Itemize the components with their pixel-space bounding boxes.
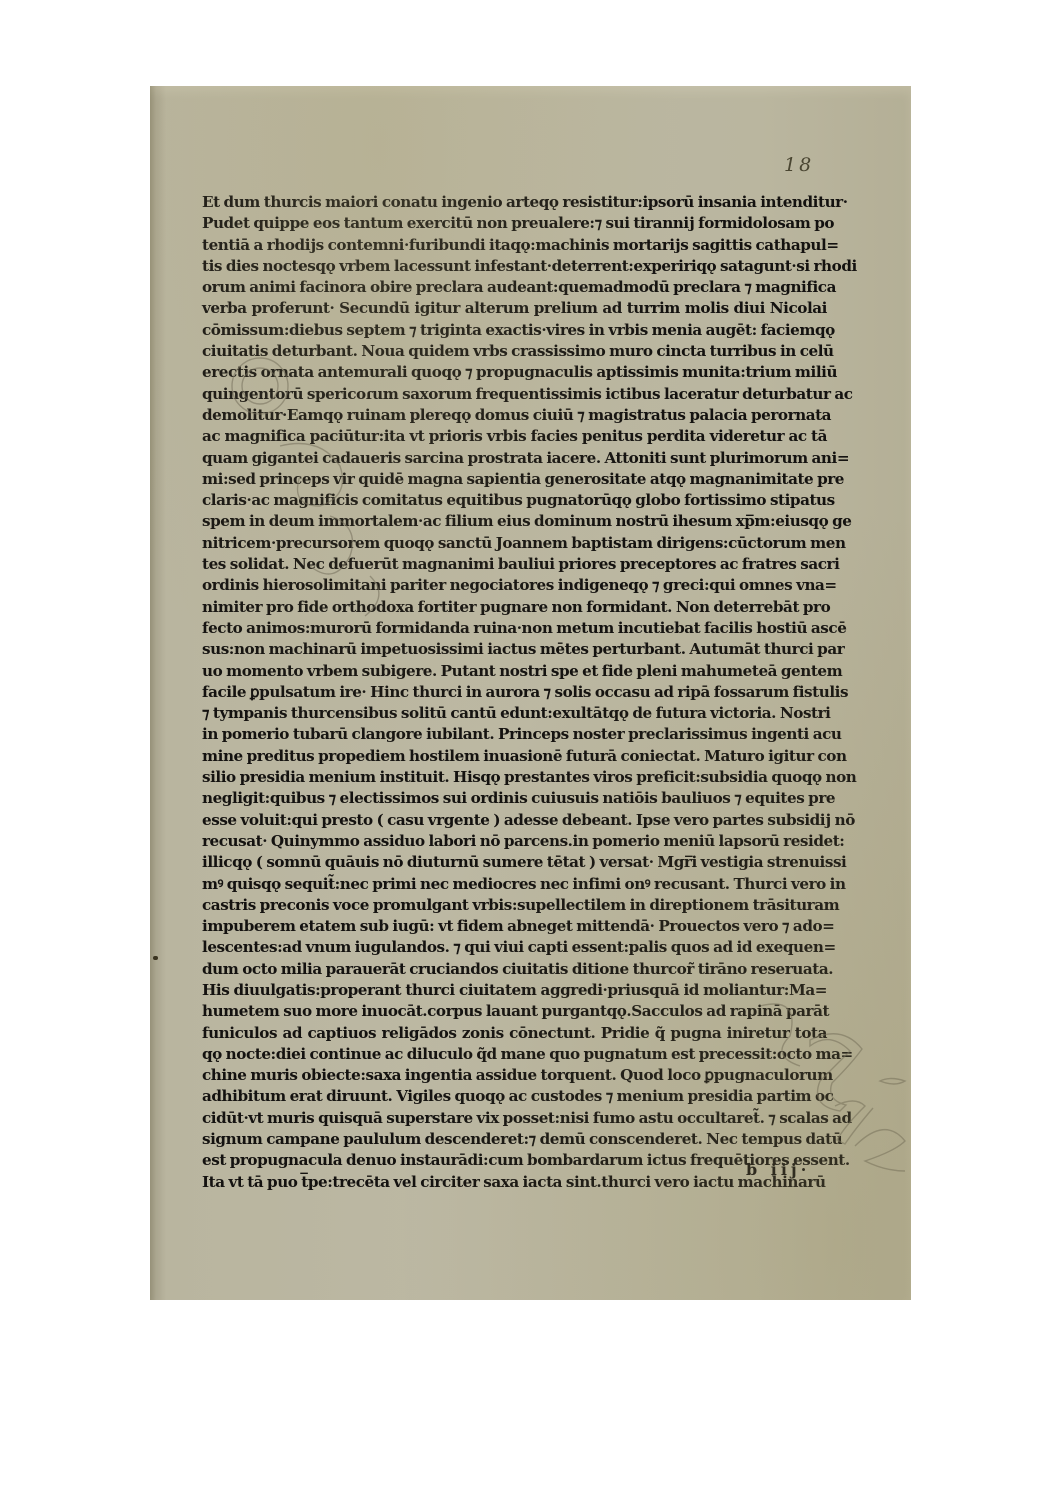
text-line: claris·ac magnificis comitatus equitibus… <box>202 490 827 511</box>
signature-mark: b iij· <box>746 1160 810 1179</box>
text-line: ⁊ tympanis thurcensibus solitū cantū edu… <box>202 703 827 724</box>
text-line: ordinis hierosolimitani pariter negociat… <box>202 575 827 596</box>
text-line: Ita vt tā puo t̅pe:trecēta vel circiter … <box>202 1172 827 1193</box>
text-line: negligit:quibus ⁊ electissimos sui ordin… <box>202 788 827 809</box>
text-line: mꝰ quisqǫ sequit̃:nec primi nec mediocre… <box>202 874 827 895</box>
text-line: mi:sed princeps vir quidē magna sapienti… <box>202 469 827 490</box>
text-line: in pomerio tubarū clangore iubilant. Pri… <box>202 724 827 745</box>
text-line: signum campane paululum descenderet:⁊ de… <box>202 1129 827 1150</box>
text-line: Pudet quippe eos tantum exercitū non pre… <box>202 213 827 234</box>
text-line: verba proferunt· Secundū igitur alterum … <box>202 298 827 319</box>
text-line: adhibitum erat diruunt. Vigiles quoqǫ ac… <box>202 1086 827 1107</box>
text-line: orum animi facinora obire preclara audea… <box>202 277 827 298</box>
manuscript-page: 18 Et dum thurcis maiori conatu ingenio … <box>150 86 911 1300</box>
text-line: nitricem·precursorem quoqǫ sanctū Joanne… <box>202 533 827 554</box>
text-line: recusat· Quinymmo assiduo labori nō parc… <box>202 831 827 852</box>
text-line: facile ꝑpulsatum ire· Hinc thurci in aur… <box>202 682 827 703</box>
text-line: sus:non machinarū impetuosissimi iactus … <box>202 639 827 660</box>
text-line: chine muris obiecte:saxa ingentia assidu… <box>202 1065 827 1086</box>
text-line: His diuulgatis:properant thurci ciuitate… <box>202 980 827 1001</box>
text-line: Et dum thurcis maiori conatu ingenio art… <box>202 192 827 213</box>
text-line: fecto animos:murorū formidanda ruina·non… <box>202 618 827 639</box>
text-line: impuberem etatem sub iugū: vt fidem abne… <box>202 916 827 937</box>
text-line: qǫ nocte:diei continue ac diluculo q̃d m… <box>202 1044 827 1065</box>
text-line: tentiā a rhodĳs contemni·furibundi itaqǫ… <box>202 235 827 256</box>
text-line: ciuitatis deturbant. Noua quidem vrbs cr… <box>202 341 827 362</box>
text-line: mine preditus propediem hostilem inuasio… <box>202 746 827 767</box>
text-line: quam gigantei cadaueris sarcina prostrat… <box>202 448 827 469</box>
text-line: silio presidia menium instituit. Hisqǫ p… <box>202 767 827 788</box>
text-line: cidūt·vt muris quisquā superstare vix po… <box>202 1108 827 1129</box>
text-line: dum octo milia parauerāt cruciandos ciui… <box>202 959 827 980</box>
text-line: cōmissum:diebus septem ⁊ triginta exacti… <box>202 320 827 341</box>
text-line: uo momento vrbem subigere. Putant nostri… <box>202 661 827 682</box>
margin-ink-spot <box>153 956 158 960</box>
text-line: ac magnifica paciūtur:ita vt prioris vrb… <box>202 426 827 447</box>
text-line: demolitur·Eamqǫ ruinam plereqǫ domus ciu… <box>202 405 827 426</box>
incunabula-text-block: Et dum thurcis maiori conatu ingenio art… <box>202 192 827 1193</box>
text-line: nimiter pro fide orthodoxa fortiter pugn… <box>202 597 827 618</box>
text-line: humetem suo more inuocāt.corpus lauant p… <box>202 1001 827 1022</box>
folio-number: 18 <box>784 154 814 176</box>
text-line: funiculos ad captiuos religādos zonis cō… <box>202 1023 827 1044</box>
text-line: illicqǫ ( somnū quāuis nō diuturnū sumer… <box>202 852 827 873</box>
text-line: spem in deum immortalem·ac filium eius d… <box>202 511 827 532</box>
text-line: tis dies noctesqǫ vrbem lacessunt infest… <box>202 256 827 277</box>
text-line: castris preconis voce promulgant vrbis:s… <box>202 895 827 916</box>
text-line: tes solidat. Nec defuerūt magnanimi baul… <box>202 554 827 575</box>
text-line: esse voluit:qui presto ( casu vrgente ) … <box>202 810 827 831</box>
text-line: quingentorū spericoɾum saxorum frequenti… <box>202 384 827 405</box>
text-line: lescentes:ad vnum iugulandos. ⁊ qui viui… <box>202 937 827 958</box>
text-line: erectis ornata antemurali quoqǫ ⁊ propug… <box>202 362 827 383</box>
text-line: est propugnacula denuo instaurādi:cum bo… <box>202 1150 827 1171</box>
